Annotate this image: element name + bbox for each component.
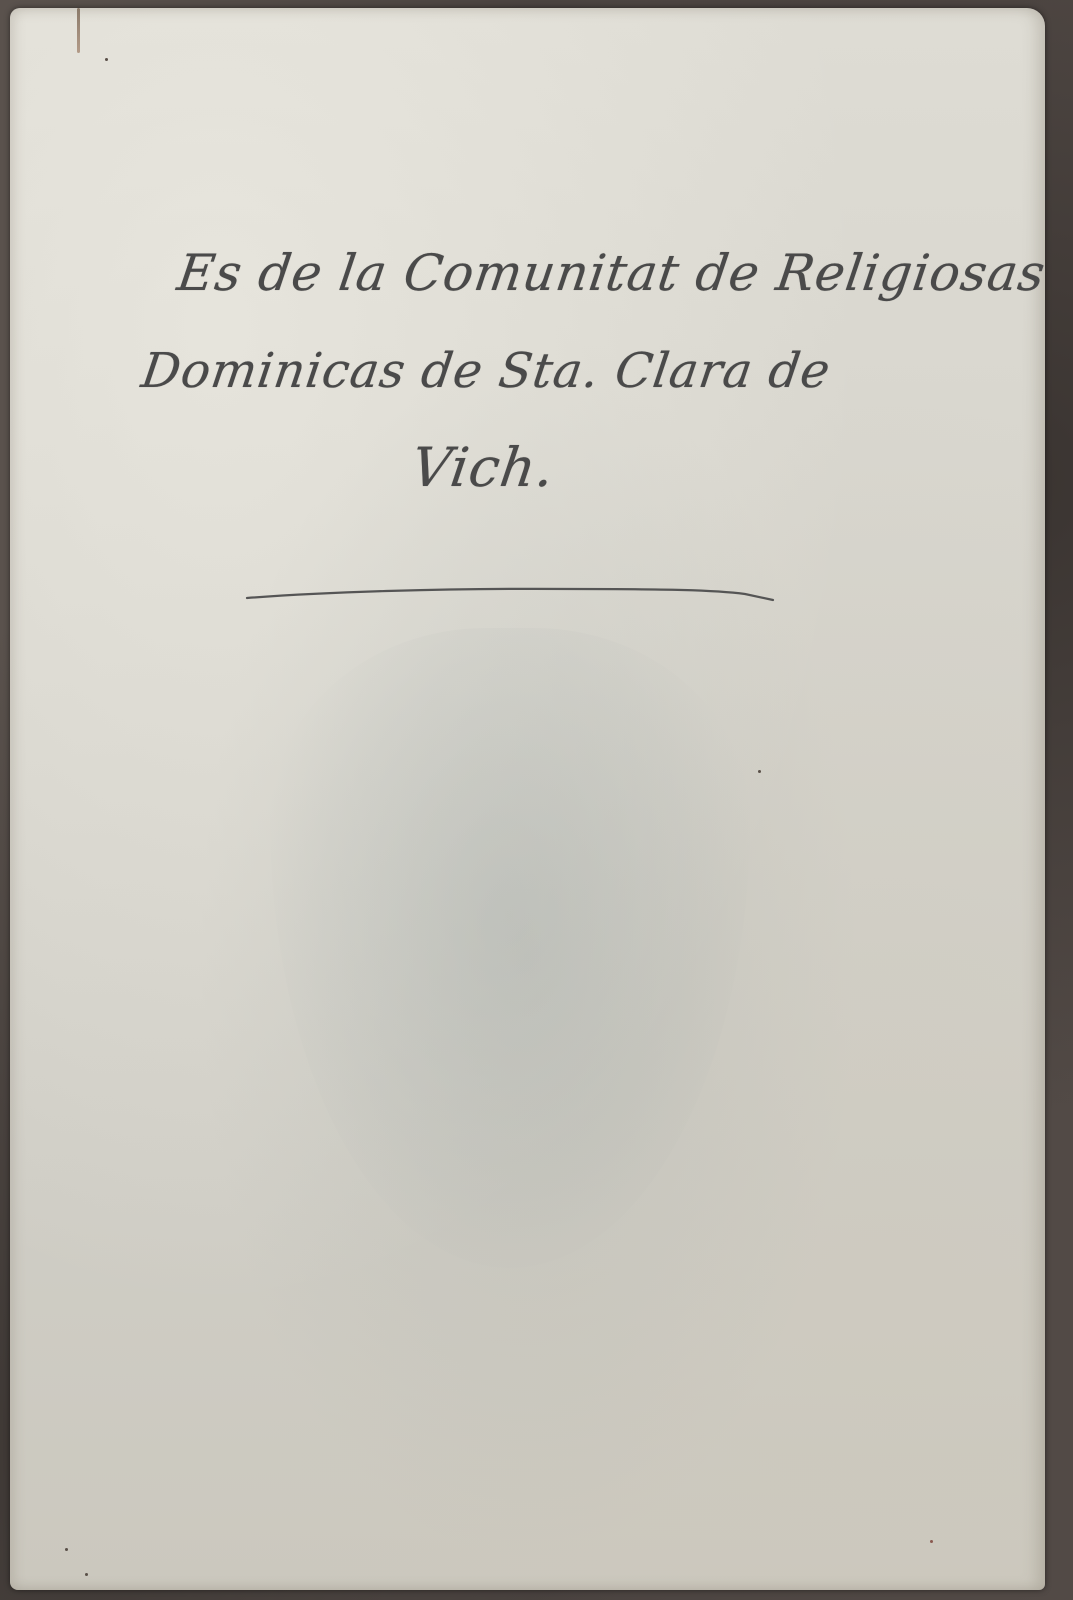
paper-speck: [930, 1540, 933, 1543]
paper-speck: [85, 1573, 88, 1576]
inscription-line-2: Dominicas de Sta. Clara de: [138, 343, 834, 399]
paper-speck: [105, 58, 108, 61]
paper-speck: [65, 1548, 68, 1551]
inscription-line-1: Es de la Comunitat de Religiosas: [174, 244, 1049, 302]
ownership-inscription: Es de la Comunitat de Religiosas Dominic…: [10, 8, 1045, 1590]
inscription-line-3: Vich.: [408, 436, 559, 499]
manuscript-page: Es de la Comunitat de Religiosas Dominic…: [10, 8, 1045, 1590]
paper-speck: [758, 770, 761, 773]
inscription-underline: [245, 586, 775, 602]
